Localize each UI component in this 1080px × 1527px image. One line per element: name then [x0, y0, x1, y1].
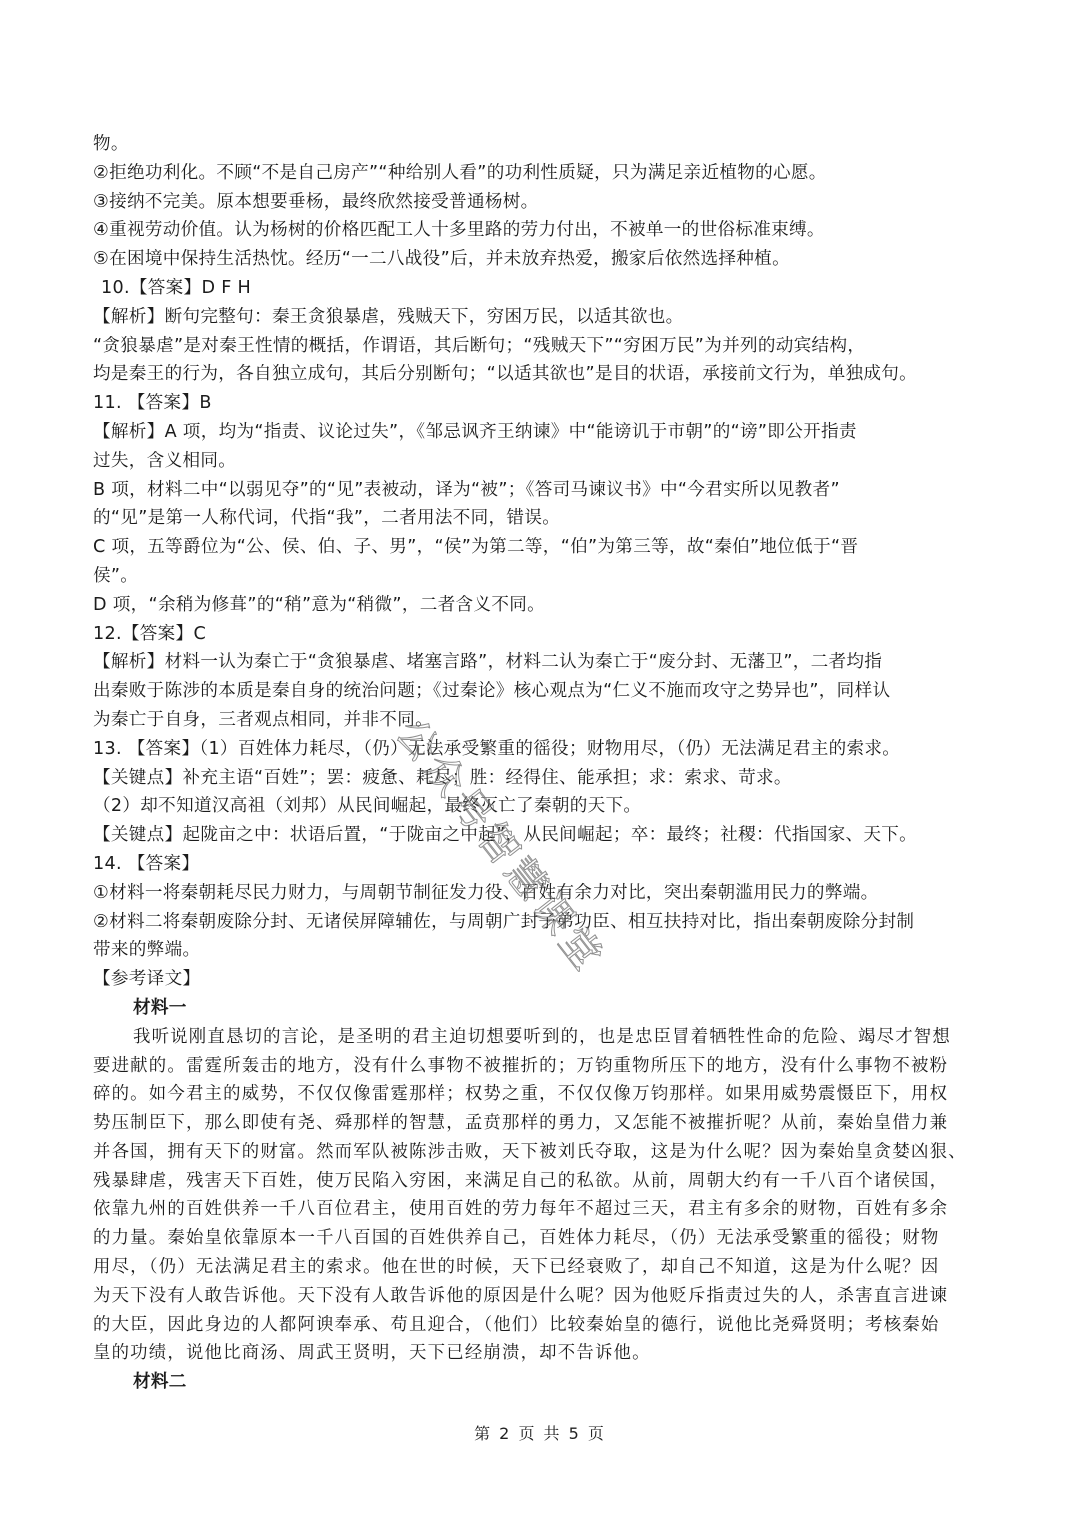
answer-content: 物。 ②拒绝功利化。不顾“不是自己房产”“种给别人看”的功利性质疑，只为满足亲近…	[93, 130, 993, 1397]
list-item: ④重视劳动价值。认为杨树的价格匹配工人十多里路的劳力付出，不被单一的世俗标准束缚…	[93, 216, 993, 245]
material1-title: 材料一	[93, 994, 993, 1023]
list-item: ②拒绝功利化。不顾“不是自己房产”“种给别人看”的功利性质疑，只为满足亲近植物的…	[93, 159, 993, 188]
q10-analysis-line: 均是秦王的行为，各自独立成句，其后分别断句；“以适其欲也”是目的状语，承接前文行…	[93, 360, 993, 389]
q13-key-point: 【关键点】补充主语“百姓”；罢：疲惫、耗尽；胜：经得住、能承担；求：索求、苛求。	[93, 764, 993, 793]
translation-line: 的大臣，因此身边的人都阿谀奉承、苟且迎合，（他们）比较秦始皇的德行，说他比尧舜贤…	[93, 1311, 993, 1340]
q14-line: 带来的弊端。	[93, 936, 993, 965]
translation-line: 残暴肆虐，残害天下百姓，使万民陷入穷困，来满足自己的私欲。从前，周朝大约有一千八…	[93, 1167, 993, 1196]
q11-analysis-line: C 项，五等爵位为“公、侯、伯、子、男”，“侯”为第二等，“伯”为第三等，故“秦…	[93, 533, 993, 562]
translation-heading: 【参考译文】	[93, 965, 993, 994]
material1-translation: 我听说刚直恳切的言论，是圣明的君主迫切想要听到的，也是忠臣冒着牺牲性命的危险、竭…	[93, 1023, 993, 1369]
translation-line: 我听说刚直恳切的言论，是圣明的君主迫切想要听到的，也是忠臣冒着牺牲性命的危险、竭…	[93, 1023, 993, 1052]
q11-analysis-line: 的“见”是第一人称代词，代指“我”，二者用法不同，错误。	[93, 504, 993, 533]
document-page: 物。 ②拒绝功利化。不顾“不是自己房产”“种给别人看”的功利性质疑，只为满足亲近…	[0, 0, 1080, 1527]
q11-analysis-line: 过失，含义相同。	[93, 447, 993, 476]
translation-line: 并各国，拥有天下的财富。然而军队被陈涉击败，天下被刘氏夺取，这是为什么呢？因为秦…	[93, 1138, 993, 1167]
list-item: ③接纳不完美。原本想要垂杨，最终欣然接受普通杨树。	[93, 188, 993, 217]
translation-line: 的力量。秦始皇依靠原本一千八百国的百姓供养自己，百姓体力耗尽，（仍）无法承受繁重…	[93, 1224, 993, 1253]
q12-answer: 12.【答案】C	[93, 620, 993, 649]
q11-analysis-line: D 项，“余稍为修葺”的“稍”意为“稍微”，二者含义不同。	[93, 591, 993, 620]
q14-line: ②材料二将秦朝废除分封、无诸侯屏障辅佐，与周朝广封子弟功臣、相互扶持对比，指出秦…	[93, 908, 993, 937]
q13-part2: （2）却不知道汉高祖（刘邦）从民间崛起，最终灭亡了秦朝的天下。	[93, 792, 993, 821]
translation-line: 碎的。如今君主的威势，不仅仅像雷霆那样；权势之重，不仅仅像万钧那样。如果用威势震…	[93, 1080, 993, 1109]
q12-analysis-line: 【解析】材料一认为秦亡于“贪狼暴虐、堵塞言路”，材料二认为秦亡于“废分封、无藩卫…	[93, 648, 993, 677]
q11-analysis-line: 【解析】A 项，均为“指责、议论过失”，《邹忌讽齐王纳谏》中“能谤讥于市朝”的“…	[93, 418, 993, 447]
q13-answer: 13. 【答案】（1）百姓体力耗尽，（仍）无法承受繁重的徭役；财物用尽，（仍）无…	[93, 735, 993, 764]
translation-line: 依靠九州的百姓供养一千八百位君主，使用百姓的劳力每年不超过三天，君主有多余的财物…	[93, 1195, 993, 1224]
translation-line: 皇的功绩，说他比商汤、周武王贤明，天下已经崩溃，却不告诉他。	[93, 1339, 993, 1368]
translation-line: 要进献的。雷霆所轰击的地方，没有什么事物不被摧折的；万钧重物所压下的地方，没有什…	[93, 1052, 993, 1081]
page-number: 第 2 页 共 5 页	[0, 1421, 1080, 1444]
list-item: ⑤在困境中保持生活热忱。经历“一二八战役”后，并未放弃热爱，搬家后依然选择种植。	[93, 245, 993, 274]
q12-analysis-line: 为秦亡于自身，三者观点相同，并非不同。	[93, 706, 993, 735]
translation-line: 势压制臣下，那么即使有尧、舜那样的智慧，孟贲那样的勇力，又怎能不被摧折呢？从前，…	[93, 1109, 993, 1138]
text-line: 物。	[93, 130, 993, 159]
q11-analysis-line: B 项，材料二中“以弱见夺”的“见”表被动，译为“被”；《答司马谏议书》中“今君…	[93, 476, 993, 505]
q11-analysis-line: 侯”。	[93, 562, 993, 591]
q10-analysis-line: “贪狼暴虐”是对秦王性情的概括，作谓语，其后断句；“残贼天下”“穷困万民”为并列…	[93, 332, 993, 361]
translation-line: 为天下没有人敢告诉他。天下没有人敢告诉他的原因是什么呢？因为他贬斥指责过失的人，…	[93, 1282, 993, 1311]
q10-analysis-line: 【解析】断句完整句：秦王贪狼暴虐，残贼天下，穷困万民，以适其欲也。	[93, 303, 993, 332]
q11-answer: 11. 【答案】B	[93, 389, 993, 418]
material2-title: 材料二	[93, 1368, 993, 1397]
translation-line: 用尽，（仍）无法满足君主的索求。他在世的时候，天下已经衰败了，却自己不知道，这是…	[93, 1253, 993, 1282]
q13-key-point: 【关键点】起陇亩之中：状语后置，“于陇亩之中起”，从民间崛起；卒：最终；社稷：代…	[93, 821, 993, 850]
q10-answer: 10.【答案】D F H	[93, 274, 993, 303]
q12-analysis-line: 出秦败于陈涉的本质是秦自身的统治问题；《过秦论》核心观点为“仁义不施而攻守之势异…	[93, 677, 993, 706]
q14-answer: 14. 【答案】	[93, 850, 993, 879]
q14-line: ①材料一将秦朝耗尽民力财力，与周朝节制征发力役、百姓有余力对比，突出秦朝滥用民力…	[93, 879, 993, 908]
